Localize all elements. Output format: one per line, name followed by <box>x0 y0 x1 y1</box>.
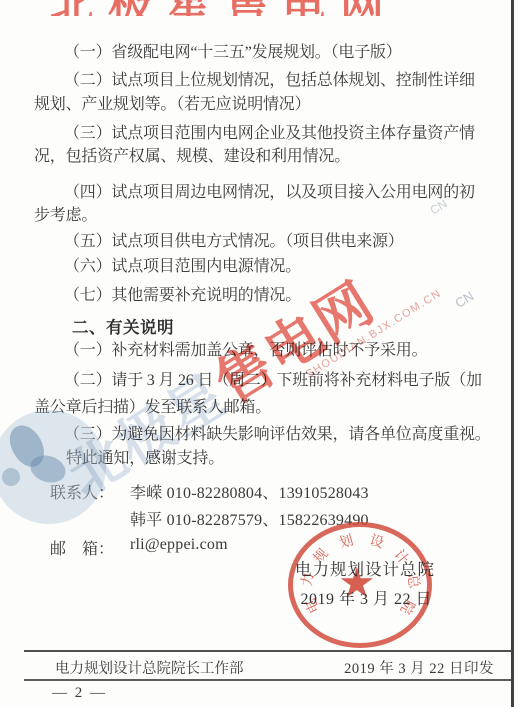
footer-rule-bottom <box>24 679 513 681</box>
signature-org: 电力规划设计总院 <box>295 556 435 580</box>
signature-date: 2019 年 3 月 22 日 <box>300 586 432 609</box>
body-line: 规划、产业规划等。（若无应说明情况） <box>34 95 310 114</box>
bjx-logo-shape-watermark <box>2 468 20 486</box>
body-line: （六）试点项目范围内电源情况。 <box>64 257 301 276</box>
body-line: （四）试点项目周边电网情况，以及项目接入公用电网的初 <box>64 183 475 202</box>
contact-email: rli@eppei.com <box>130 536 228 554</box>
contact-email-label: 邮 箱： <box>50 536 114 559</box>
body-line: 步考虑。 <box>34 206 97 225</box>
footer-print-date: 2019 年 3 月 22 日印发 <box>344 657 494 678</box>
document-page: 北极星售电网 （一）省级配电网“十三五”发展规划。（电子版） （二）试点项目上位… <box>0 0 520 707</box>
page-number: — 2 — <box>52 685 107 702</box>
scan-edge-line <box>511 0 514 707</box>
official-seal: ★ 电 力 规 划 设 计 总 院 <box>288 522 432 648</box>
body-line: （三）试点项目范围内电网企业及其他投资主体存量资产情 <box>64 124 475 143</box>
body-line: （一）省级配电网“十三五”发展规划。（电子版） <box>64 43 402 62</box>
footer-rule-top <box>24 650 513 652</box>
contact-person-1: 李嵘 010-82280804、13910528043 <box>130 480 369 503</box>
footer-issuing-dept: 电力规划设计总院院长工作部 <box>55 657 244 678</box>
watermark-top-text: 北极星售电网 <box>50 0 398 16</box>
watermark-cn-text: CN <box>452 288 476 311</box>
section-heading: 二、有关说明 <box>72 314 174 338</box>
watermark-top-fragment: 北极星售电网 <box>50 0 460 16</box>
body-line: （七）其他需要补充说明的情况。 <box>64 286 301 305</box>
body-line: （五）试点项目供电方式情况。（项目供电来源） <box>64 232 404 251</box>
body-line: （二）试点项目上位规划情况，包括总体规划、控制性详细 <box>64 71 475 90</box>
body-line: 况，包括资产权属、规模、建设和利用情况。 <box>34 147 350 166</box>
